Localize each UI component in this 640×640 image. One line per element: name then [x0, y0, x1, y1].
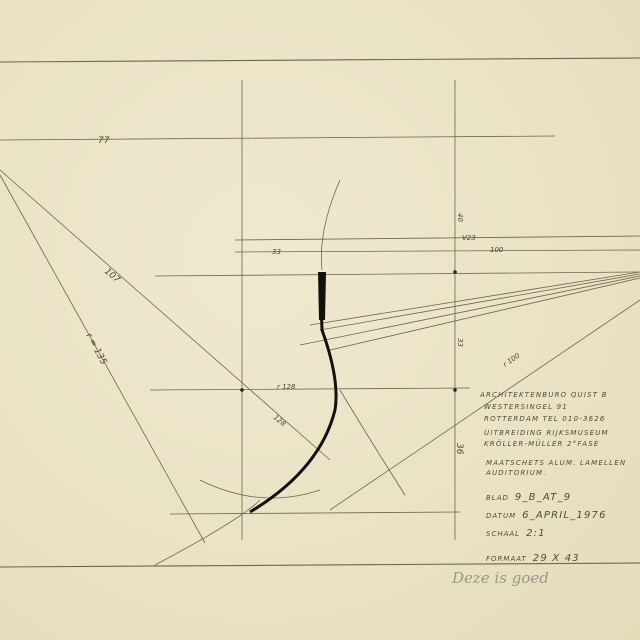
dim-36: 36 — [454, 443, 464, 455]
project-name: UITBREIDING RIJKSMUSEUM — [484, 429, 609, 437]
office-city: ROTTERDAM TEL 010-3626 — [484, 415, 606, 423]
dim-40: 40 — [456, 213, 464, 222]
dim-33: 33 — [456, 338, 464, 347]
dim-diag-107: 107 — [102, 267, 122, 286]
dim-radius-135: r = 135 — [83, 332, 108, 367]
dim-width-33: 33 — [272, 248, 281, 256]
drawing-description: MAATSCHETS ALUM. LAMELLEN — [486, 459, 626, 467]
sheet-number: BLAD9_B_AT_9 — [486, 492, 571, 503]
drawing-date: DATUM6_APRIL_1976 — [486, 510, 607, 521]
drawing-format: FORMAAT29 X 43 — [486, 553, 580, 564]
office-street: WESTERSINGEL 91 — [484, 403, 568, 411]
drawing-scale: SCHAAL2:1 — [486, 528, 546, 539]
project-phase: KRÖLLER-MÜLLER 2°FASE — [484, 440, 599, 448]
dim-128: 128 — [272, 413, 288, 428]
dim-r100: r 100 — [502, 351, 522, 368]
pencil-note: Deze is goed — [452, 569, 549, 587]
dim-top-width: 77 — [98, 136, 110, 146]
drawing-sheet: 77 107 r = 135 33 V23 100 r 128 128 r 10… — [0, 0, 640, 640]
dim-100: 100 — [490, 246, 504, 254]
drawing-description-2: AUDITORIUM. — [486, 469, 547, 477]
office-name: ARCHITEKTENBURO QUIST B — [480, 391, 608, 399]
technical-drawing: 77 107 r = 135 33 V23 100 r 128 128 r 10… — [0, 0, 640, 640]
dim-r128: r 128 — [277, 383, 296, 391]
dim-width-23: V23 — [462, 234, 476, 242]
